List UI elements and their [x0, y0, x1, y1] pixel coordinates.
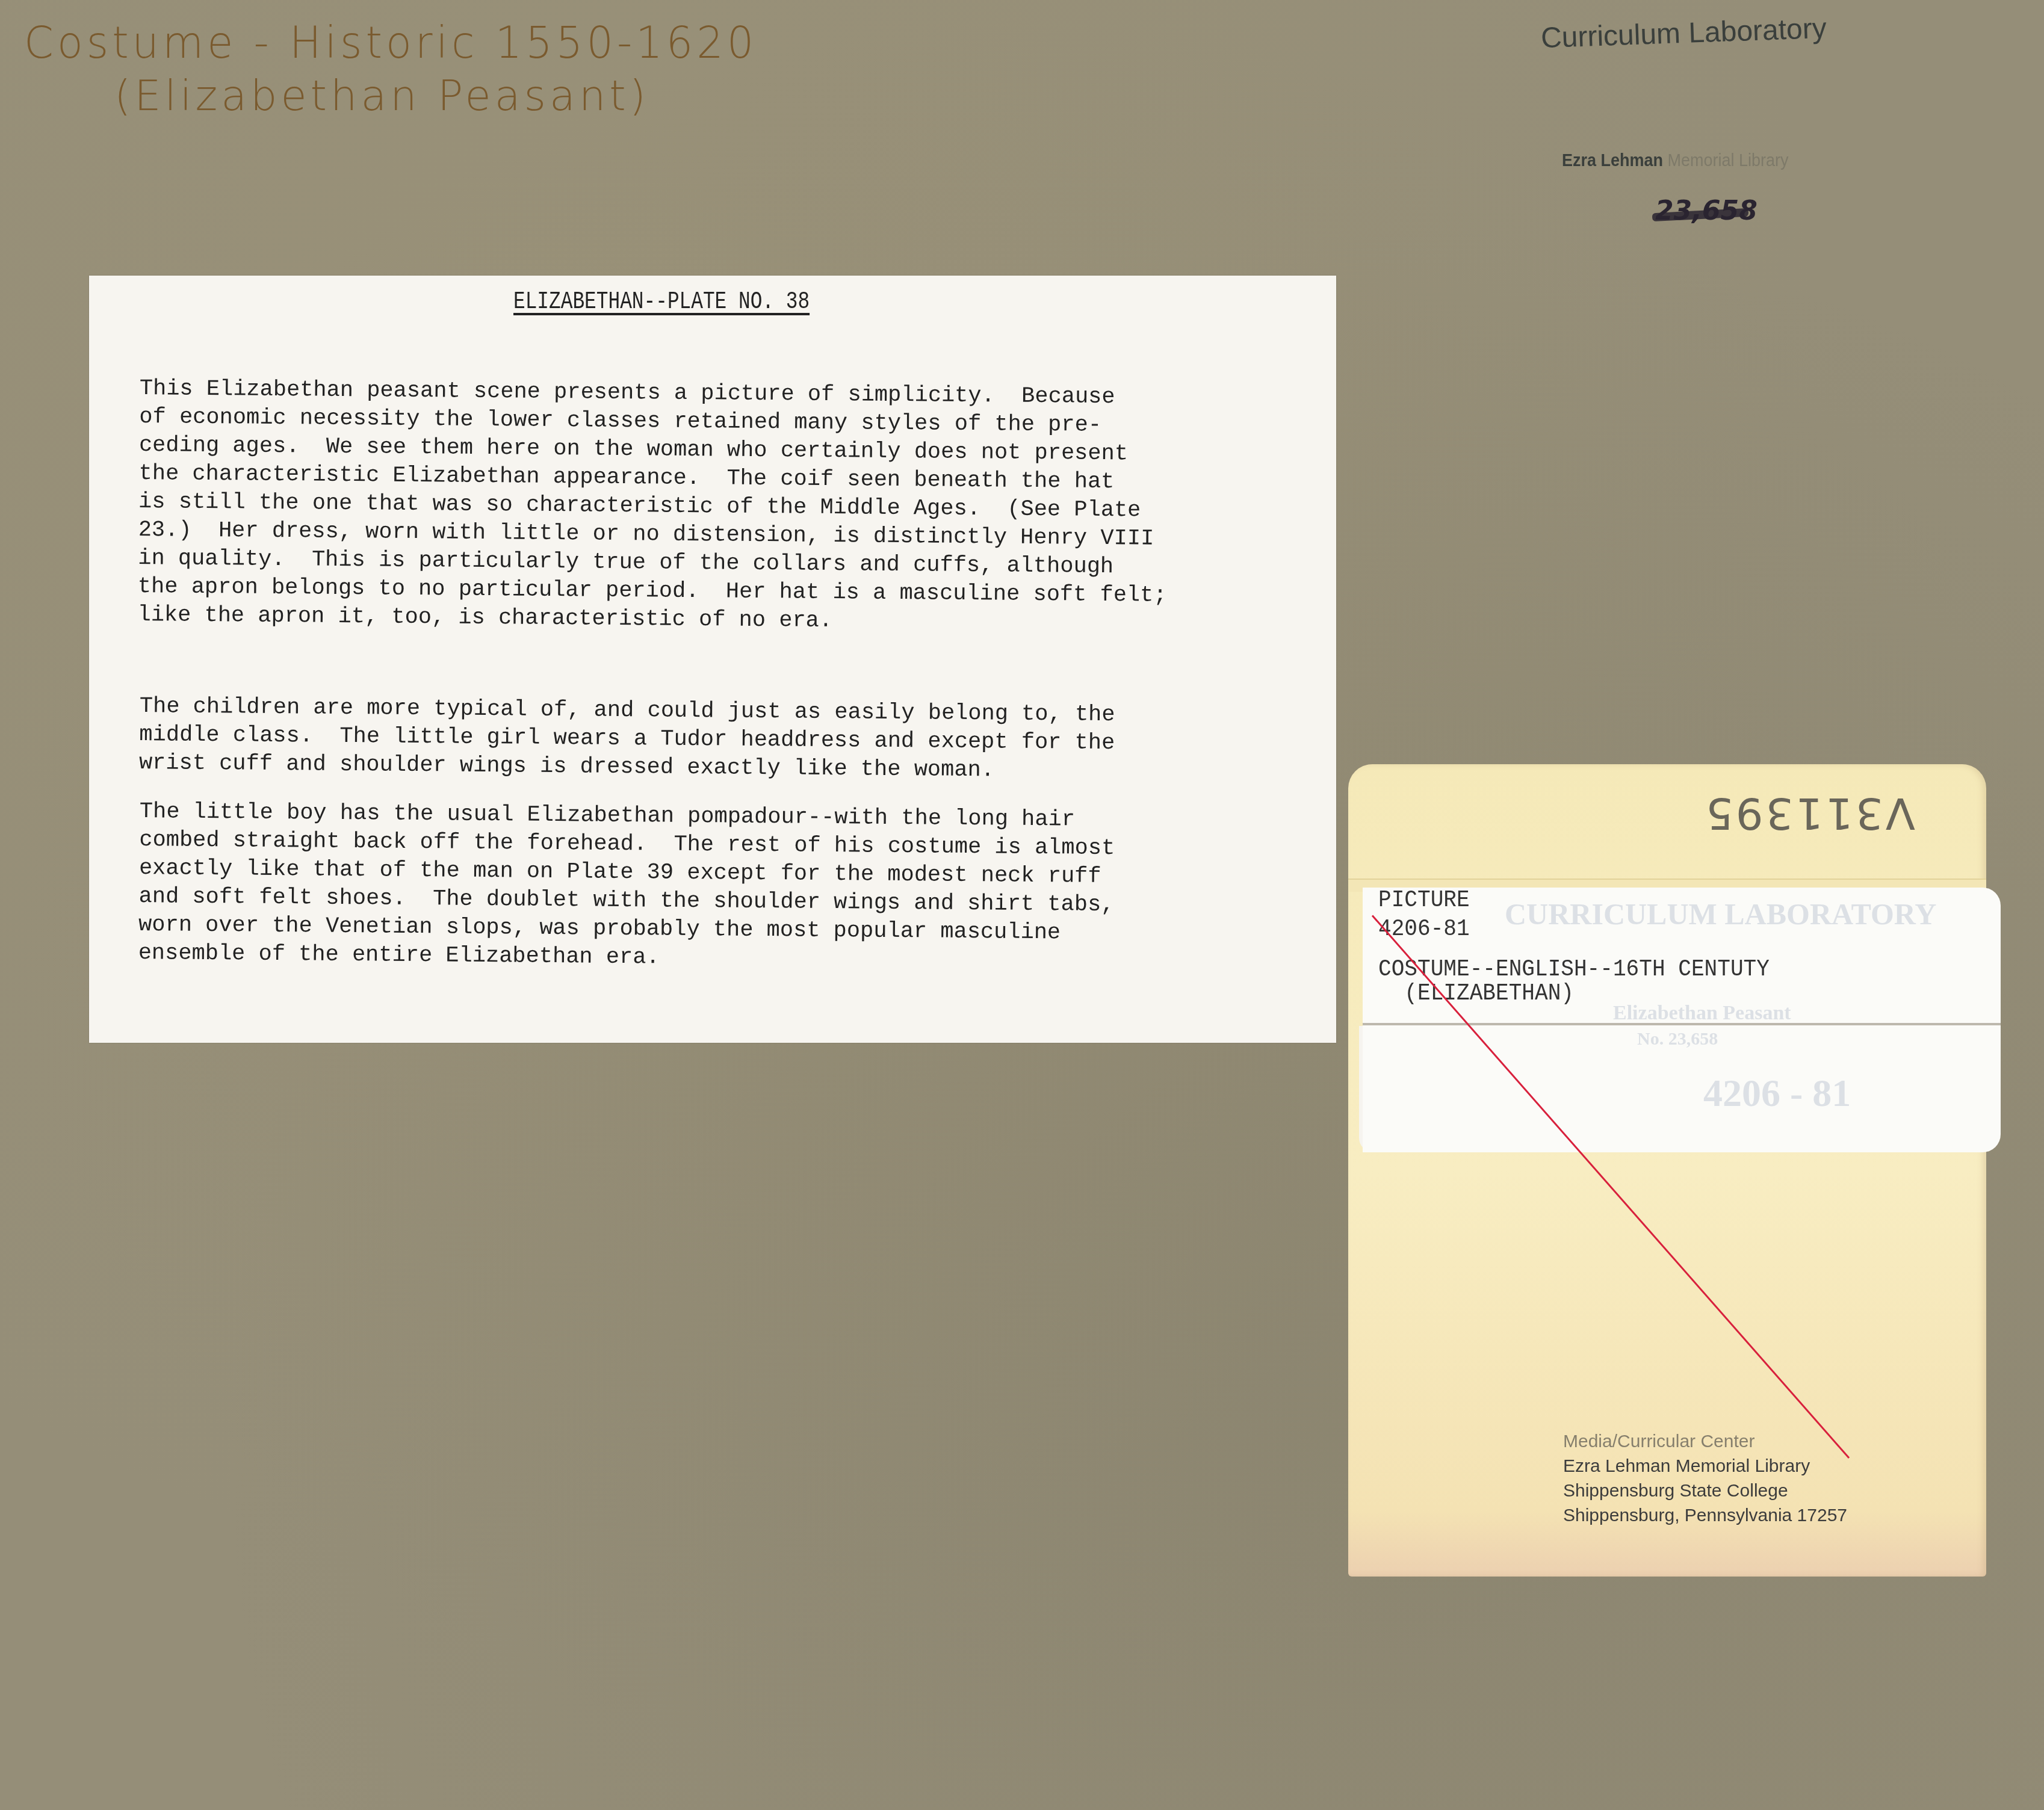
address-line: Shippensburg State College — [1563, 1478, 1847, 1503]
catalog-type: PICTURE — [1378, 888, 1470, 913]
paragraph-children: The children are more typical of, and co… — [139, 693, 1115, 786]
mounting-board: Costume - Historic 1550-1620 (Elizabetha… — [0, 0, 2044, 1810]
ghost-lab-text: CURRICULUM LABORATORY — [1505, 897, 1936, 931]
paragraph-woman: This Elizabethan peasant scene presents … — [137, 375, 1168, 638]
ghost-number-text: 4206 - 81 — [1703, 1071, 1851, 1116]
ghost-peasant-text: Elizabethan Peasant — [1613, 1002, 1791, 1025]
envelope-handwritten-code: V311395 — [1703, 788, 1915, 839]
library-stamp-faded: Memorial Library — [1663, 150, 1789, 170]
library-stamp: Ezra Lehman Memorial Library — [1562, 150, 1789, 171]
handwritten-subtitle: (Elizabethan Peasant) — [114, 71, 649, 120]
curriculum-lab-stamp: Curriculum Laboratory — [1540, 12, 1827, 55]
library-stamp-bold: Ezra Lehman — [1562, 150, 1663, 170]
address-line: Media/Curricular Center — [1563, 1429, 1847, 1454]
catalog-subject: COSTUME--ENGLISH--16TH CENTUTY — [1378, 957, 1770, 983]
description-card: ELIZABETHAN--PLATE NO. 38 This Elizabeth… — [89, 276, 1336, 1043]
catalog-subject-sub: (ELIZABETHAN) — [1378, 981, 1574, 1007]
paragraph-boy: The little boy has the usual Elizabethan… — [138, 798, 1115, 976]
plate-title: ELIZABETHAN--PLATE NO. 38 — [513, 289, 810, 316]
library-address-stamp: Media/Curricular Center Ezra Lehman Memo… — [1563, 1429, 1847, 1528]
address-line: Ezra Lehman Memorial Library — [1563, 1454, 1847, 1478]
address-line: Shippensburg, Pennsylvania 17257 — [1563, 1503, 1847, 1528]
ghost-no-text: No. 23,658 — [1637, 1029, 1718, 1049]
handwritten-title: Costume - Historic 1550-1620 — [24, 17, 757, 69]
